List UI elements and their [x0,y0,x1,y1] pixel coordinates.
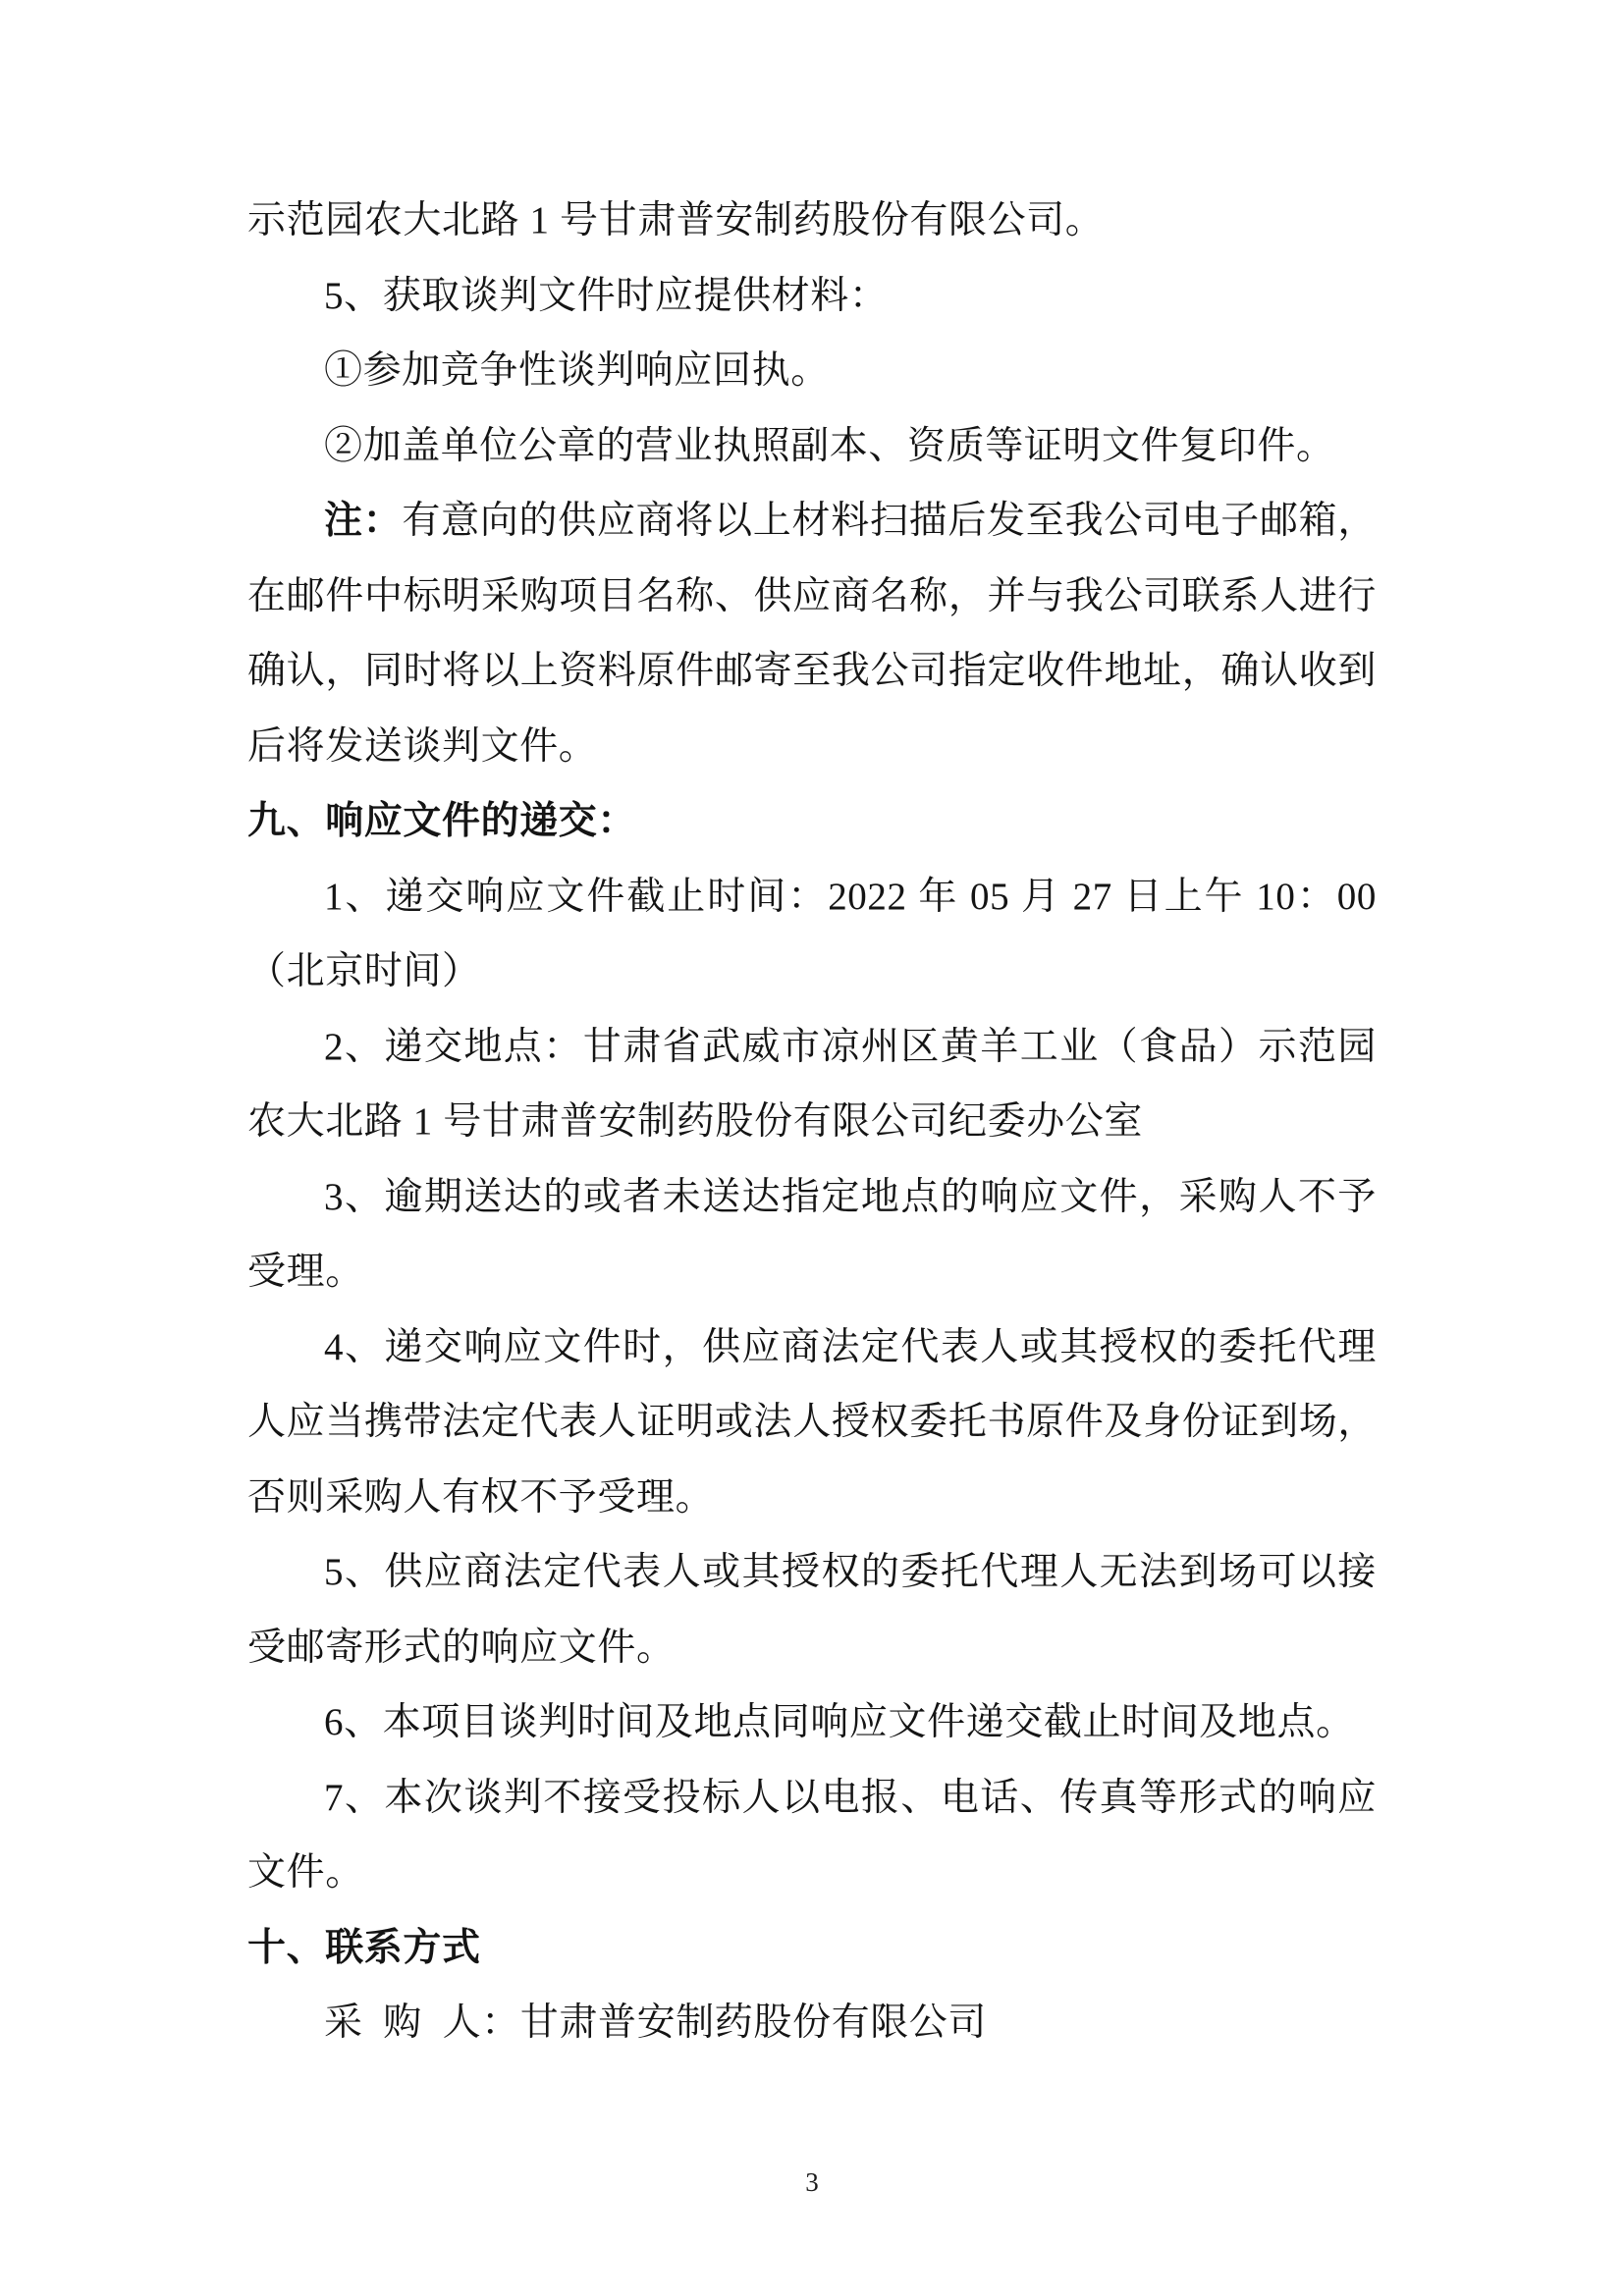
document-body: 示范园农大北路 1 号甘肃普安制药股份有限公司。 5、获取谈判文件时应提供材料：… [247,184,1377,2061]
page-number: 3 [0,2163,1624,2202]
paragraph-item-9-2: 2、递交地点：甘肃省武威市凉州区黄羊工业（食品）示范园农大北路 1 号甘肃普安制… [247,1010,1377,1160]
paragraph-address-continuation: 示范园农大北路 1 号甘肃普安制药股份有限公司。 [247,184,1377,259]
paragraph-item-circle-1: ①参加竞争性谈判响应回执。 [247,334,1377,409]
paragraph-item-9-5: 5、供应商法定代表人或其授权的委托代理人无法到场可以接受邮寄形式的响应文件。 [247,1535,1377,1685]
note-label: 注： [324,500,402,542]
paragraph-purchaser: 采 购 人：甘肃普安制药股份有限公司 [247,1986,1377,2061]
paragraph-item-9-4: 4、递交响应文件时，供应商法定代表人或其授权的委托代理人应当携带法定代表人证明或… [247,1310,1377,1536]
section-9-heading: 九、响应文件的递交： [247,784,1377,860]
note-text: 有意向的供应商将以上材料扫描后发至我公司电子邮箱，在邮件中标明采购项目名称、供应… [247,500,1377,768]
paragraph-item-9-1: 1、递交响应文件截止时间：2022 年 05 月 27 日上午 10：00（北京… [247,860,1377,1010]
paragraph-item-circle-2: ②加盖单位公章的营业执照副本、资质等证明文件复印件。 [247,409,1377,485]
paragraph-item-9-7: 7、本次谈判不接受投标人以电报、电话、传真等形式的响应文件。 [247,1761,1377,1911]
paragraph-item-5: 5、获取谈判文件时应提供材料： [247,259,1377,335]
paragraph-item-9-3: 3、逾期送达的或者未送达指定地点的响应文件，采购人不予受理。 [247,1160,1377,1310]
section-10-heading: 十、联系方式 [247,1911,1377,1987]
paragraph-note: 注：有意向的供应商将以上材料扫描后发至我公司电子邮箱，在邮件中标明采购项目名称、… [247,484,1377,784]
document-page: 示范园农大北路 1 号甘肃普安制药股份有限公司。 5、获取谈判文件时应提供材料：… [0,0,1624,2296]
paragraph-item-9-6: 6、本项目谈判时间及地点同响应文件递交截止时间及地点。 [247,1685,1377,1761]
